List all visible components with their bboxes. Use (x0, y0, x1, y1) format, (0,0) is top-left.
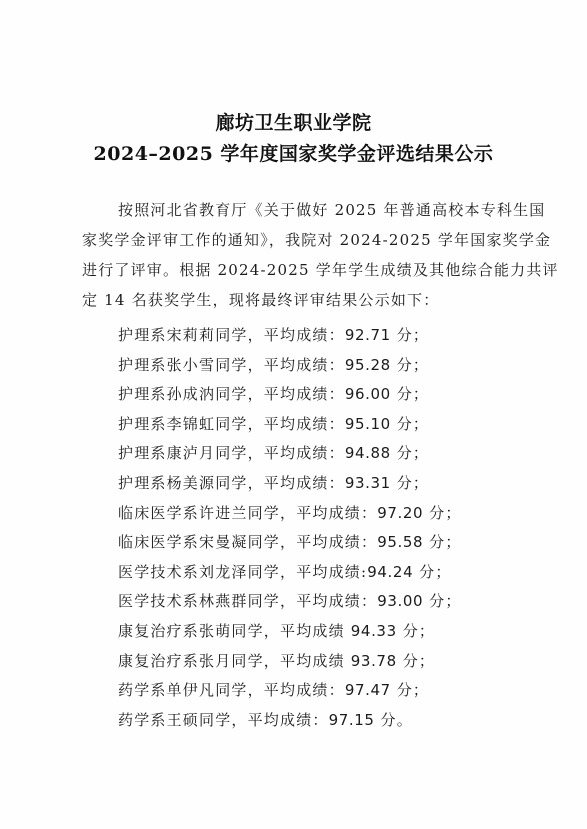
winner-text: 康复治疗系张萌同学，平均成绩 (118, 622, 351, 640)
winner-score: 95.28 (345, 356, 391, 374)
winner-text: 医学技术系林燕群同学，平均成绩： (118, 592, 377, 610)
winner-suffix: 分； (391, 356, 429, 374)
winner-suffix: 分； (391, 681, 429, 699)
winner-item: 康复治疗系张萌同学，平均成绩 94.33 分； (118, 617, 462, 647)
winner-score: 95.58 (377, 533, 423, 551)
winner-suffix: 分； (391, 444, 429, 462)
winner-item: 护理系康泸月同学，平均成绩：94.88 分； (118, 439, 462, 469)
winner-item: 临床医学系许进兰同学，平均成绩：97.20 分； (118, 499, 462, 529)
winner-score: 93.78 (351, 652, 397, 670)
winner-text: 护理系杨美源同学，平均成绩： (118, 474, 345, 492)
winner-text: 临床医学系宋曼凝同学，平均成绩： (118, 533, 377, 551)
winner-score: 93.31 (345, 474, 391, 492)
winner-suffix: 分； (397, 622, 435, 640)
winner-text: 医学技术系刘龙泽同学，平均成绩: (118, 563, 367, 581)
winner-suffix: 分； (397, 652, 435, 670)
winner-suffix: 分； (391, 474, 429, 492)
winner-score: 94.33 (351, 622, 397, 640)
winner-score: 94.88 (345, 444, 391, 462)
winner-suffix: 分； (391, 326, 429, 344)
winner-score: 96.00 (345, 385, 391, 403)
winner-item: 护理系宋莉莉同学，平均成绩：92.71 分； (118, 321, 462, 351)
paragraph-line: 进行了评审。根据 2024-2025 学年学生成绩及其他综合能力共评 (82, 255, 512, 285)
winner-text: 护理系康泸月同学，平均成绩： (118, 444, 345, 462)
winner-score: 94.24 (367, 563, 413, 581)
winner-suffix: 分； (423, 592, 461, 610)
winner-score: 97.47 (345, 681, 391, 699)
winner-suffix: 分。 (375, 711, 413, 729)
winner-score: 97.15 (329, 711, 375, 729)
winner-item: 药学系单伊凡同学，平均成绩：97.47 分； (118, 676, 462, 706)
winner-item: 护理系孙成汭同学，平均成绩：96.00 分； (118, 380, 462, 410)
winner-text: 临床医学系许进兰同学，平均成绩： (118, 504, 377, 522)
winner-text: 护理系李锦虹同学，平均成绩： (118, 415, 345, 433)
winner-score: 95.10 (345, 415, 391, 433)
winner-item: 康复治疗系张月同学，平均成绩 93.78 分； (118, 647, 462, 677)
winner-item: 护理系李锦虹同学，平均成绩：95.10 分； (118, 410, 462, 440)
winner-text: 药学系王硕同学，平均成绩： (118, 711, 329, 729)
document-title-institution: 廊坊卫生职业学院 (0, 108, 587, 135)
winner-text: 护理系孙成汭同学，平均成绩： (118, 385, 345, 403)
winner-score: 92.71 (345, 326, 391, 344)
winner-score: 97.20 (377, 504, 423, 522)
document-title-notice: 2024–2025 学年度国家奖学金评选结果公示 (0, 139, 587, 166)
winner-item: 护理系杨美源同学，平均成绩：93.31 分； (118, 469, 462, 499)
winner-item: 药学系王硕同学，平均成绩：97.15 分。 (118, 706, 462, 736)
winner-text: 康复治疗系张月同学，平均成绩 (118, 652, 351, 670)
winner-item: 临床医学系宋曼凝同学，平均成绩：95.58 分； (118, 528, 462, 558)
winner-text: 护理系宋莉莉同学，平均成绩： (118, 326, 345, 344)
winner-text: 药学系单伊凡同学，平均成绩： (118, 681, 345, 699)
winner-suffix: 分； (391, 385, 429, 403)
winner-text: 护理系张小雪同学，平均成绩： (118, 356, 345, 374)
intro-paragraph: 按照河北省教育厅《关于做好 2025 年普通高校本专科生国 家奖学金评审工作的通… (82, 195, 512, 315)
winner-suffix: 分； (423, 533, 461, 551)
paragraph-line: 按照河北省教育厅《关于做好 2025 年普通高校本专科生国 (82, 195, 512, 225)
winner-item: 医学技术系林燕群同学，平均成绩：93.00 分； (118, 587, 462, 617)
paragraph-line: 家奖学金评审工作的通知》，我院对 2024-2025 学年国家奖学金 (82, 225, 512, 255)
winner-item: 医学技术系刘龙泽同学，平均成绩:94.24 分； (118, 558, 462, 588)
document-page: 廊坊卫生职业学院 2024–2025 学年度国家奖学金评选结果公示 按照河北省教… (0, 0, 587, 829)
winner-suffix: 分； (391, 415, 429, 433)
winner-item: 护理系张小雪同学，平均成绩：95.28 分； (118, 351, 462, 381)
winner-score: 93.00 (377, 592, 423, 610)
winner-suffix: 分； (423, 504, 461, 522)
winner-suffix: 分； (413, 563, 451, 581)
paragraph-line: 定 14 名获奖学生，现将最终评审结果公示如下： (82, 285, 512, 315)
winners-list: 护理系宋莉莉同学，平均成绩：92.71 分； 护理系张小雪同学，平均成绩：95.… (118, 321, 462, 735)
